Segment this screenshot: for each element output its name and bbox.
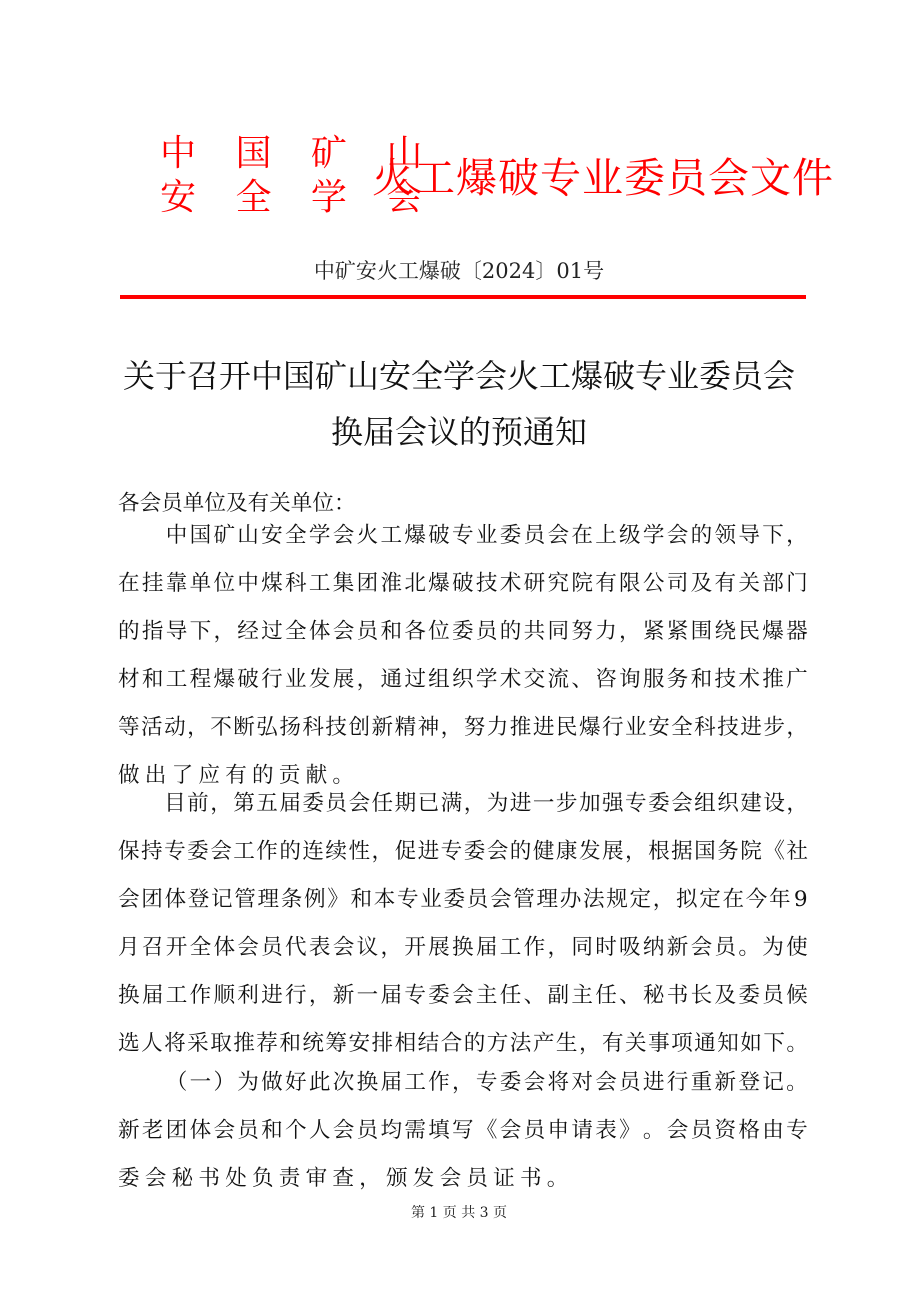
p1-line: 中国矿山安全学会火工爆破专业委员会在上级学会的领导下，	[118, 521, 808, 551]
document-type-heading: 火工爆破专业委员会文件	[372, 152, 834, 204]
p2-line: 换届工作顺利进行，新一届专委会主任、副主任、秘书长及委员候	[118, 981, 808, 1011]
document-number: 中矿安火工爆破〔2024〕01号	[0, 256, 918, 286]
p1-line: 材和工程爆破行业发展，通过组织学术交流、咨询服务和技术推广	[118, 665, 808, 695]
p3-line: 新老团体会员和个人会员均需填写《会员申请表》。会员资格由专	[118, 1116, 808, 1146]
red-divider	[120, 295, 806, 299]
p2-line: 目前，第五届委员会任期已满，为进一步加强专委会组织建设，	[118, 789, 808, 819]
p2-line: 月召开全体会员代表会议，开展换届工作，同时吸纳新会员。为使	[118, 933, 808, 963]
p1-line: 等活动，不断弘扬科技创新精神，努力推进民爆行业安全科技进步，	[118, 713, 808, 743]
p2-line: 选人将采取推荐和统筹安排相结合的方法产生，有关事项通知如下。	[118, 1029, 808, 1059]
p3-line: 委会秘书处负责审查，颁发会员证书。	[118, 1164, 808, 1194]
p2-line: 保持专委会工作的连续性，促进专委会的健康发展，根据国务院《社	[118, 837, 808, 867]
p2-line: 会团体登记管理条例》和本专业委员会管理办法规定，拟定在今年 9	[118, 885, 808, 915]
title-line2: 换届会议的预通知	[0, 404, 918, 460]
document-title: 关于召开中国矿山安全学会火工爆破专业委员会 换届会议的预通知	[0, 348, 918, 460]
p1-line: 的指导下，经过全体会员和各位委员的共同努力，紧紧围绕民爆器	[118, 617, 808, 647]
p1-line: 在挂靠单位中煤科工集团淮北爆破技术研究院有限公司及有关部门	[118, 569, 808, 599]
title-line1: 关于召开中国矿山安全学会火工爆破专业委员会	[0, 348, 918, 404]
page-number: 第 1 页 共 3 页	[0, 1202, 918, 1222]
p1-line: 做出了应有的贡献。	[118, 761, 808, 791]
p3-line: （一）为做好此次换届工作，专委会将对会员进行重新登记。	[118, 1068, 808, 1098]
